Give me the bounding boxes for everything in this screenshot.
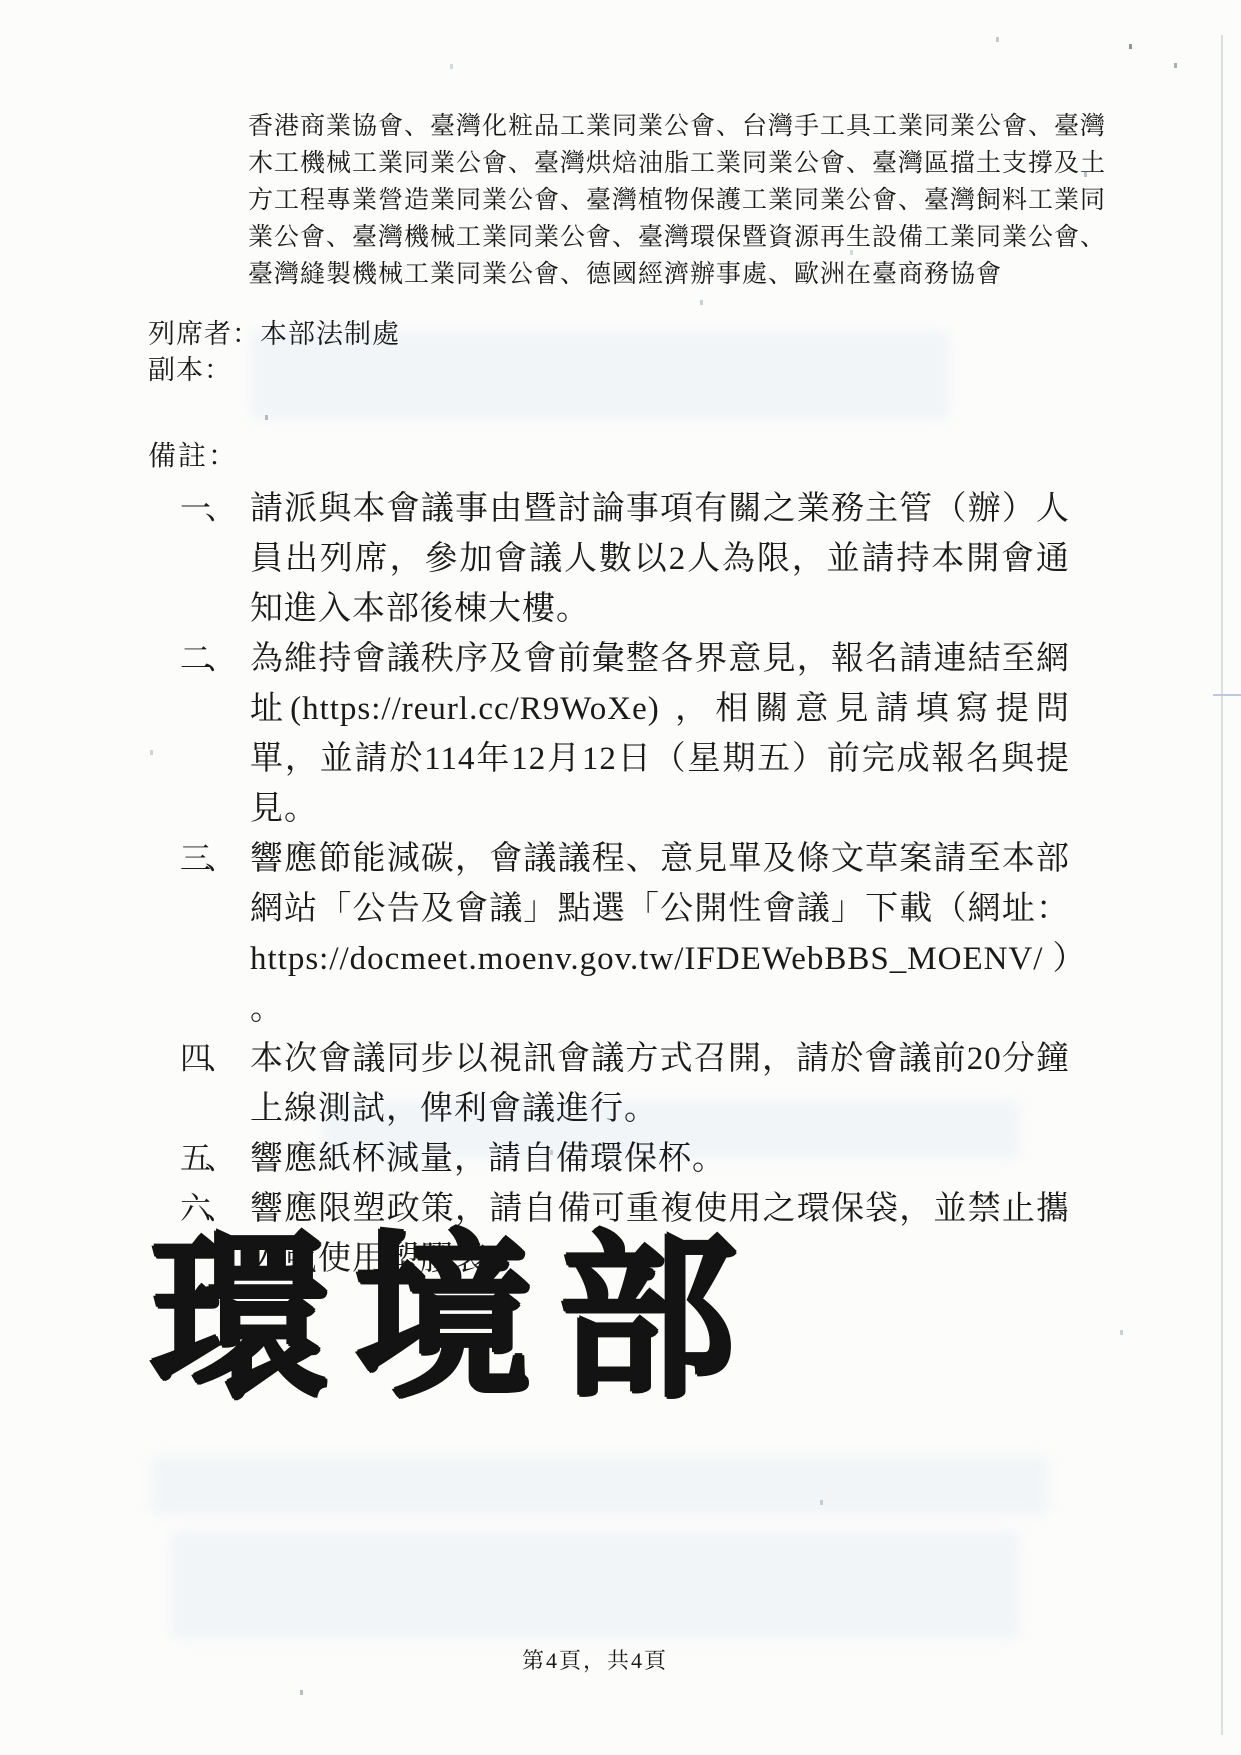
remark-item-1: 一、 請派與本會議事由暨討論事項有關之業務主管（辦）人員出列席，參加會議人數以2… — [180, 484, 1080, 634]
remark-text: 響應節能減碳，會議議程、意見單及條文草案請至本部網站「公告及會議」點選「公開性會… — [250, 834, 1070, 1034]
remark-number: 一、 — [180, 484, 250, 534]
remark-text: 請派與本會議事由暨討論事項有關之業務主管（辦）人員出列席，參加會議人數以2人為限… — [250, 484, 1070, 634]
remark-item-3: 三、 響應節能減碳，會議議程、意見單及條文草案請至本部網站「公告及會議」點選「公… — [180, 834, 1080, 1034]
attendee-line: 木工機械工業同業公會、臺灣烘焙油脂工業同業公會、臺灣區擋土支撐及土 — [248, 145, 1106, 182]
scanned-document-page: 香港商業協會、臺灣化粧品工業同業公會、台灣手工具工業同業公會、臺灣 木工機械工業… — [0, 0, 1241, 1755]
attendee-line: 臺灣縫製機械工業同業公會、德國經濟辦事處、歐洲在臺商務協會 — [248, 256, 1106, 293]
attendee-line: 香港商業協會、臺灣化粧品工業同業公會、台灣手工具工業同業公會、臺灣 — [248, 108, 1106, 145]
copy-to-row: 副本： — [148, 348, 232, 387]
remark-item-5: 五、 響應紙杯減量，請自備環保杯。 — [180, 1134, 1080, 1184]
remark-item-4: 四、 本次會議同步以視訊會議方式召開，請於會議前20分鐘上線測試，俾利會議進行。 — [180, 1034, 1080, 1134]
page-number-footer: 第4頁，共4頁 — [0, 1644, 1190, 1675]
attendee-line: 業公會、臺灣機械工業同業公會、臺灣環保暨資源再生設備工業同業公會、 — [248, 219, 1106, 256]
attendee-organizations-paragraph: 香港商業協會、臺灣化粧品工業同業公會、台灣手工具工業同業公會、臺灣 木工機械工業… — [248, 108, 1106, 293]
bleed-through-ghost — [150, 1455, 1050, 1515]
remark-text: 為維持會議秩序及會前彙整各界意見，報名請連結至網址(https://reurl.… — [250, 634, 1070, 834]
bleed-through-ghost — [170, 1530, 1020, 1640]
scan-speckles — [1129, 44, 1132, 49]
attendee-line: 方工程專業營造業同業公會、臺灣植物保護工業同業公會、臺灣飼料工業同 — [248, 182, 1106, 219]
remarks-list: 一、 請派與本會議事由暨討論事項有關之業務主管（辦）人員出列席，參加會議人數以2… — [180, 484, 1080, 1284]
remarks-heading: 備註： — [148, 434, 238, 474]
observer-row: 列席者：本部法制處 — [148, 312, 400, 351]
scan-artifact-line — [1213, 694, 1241, 696]
remark-text: 響應紙杯減量，請自備環保杯。 — [250, 1134, 1070, 1184]
remark-item-2: 二、 為維持會議秩序及會前彙整各界意見，報名請連結至網址(https://reu… — [180, 634, 1080, 834]
observer-label: 列席者： — [148, 319, 260, 349]
ministry-seal-calligraphy: 環境部 — [150, 1218, 762, 1423]
scan-edge-line — [1221, 35, 1223, 1735]
copy-to-label: 副本： — [148, 355, 232, 385]
remark-number: 五、 — [180, 1134, 250, 1184]
observer-value: 本部法制處 — [260, 319, 400, 349]
remark-number: 二、 — [180, 634, 250, 684]
remark-text: 本次會議同步以視訊會議方式召開，請於會議前20分鐘上線測試，俾利會議進行。 — [250, 1034, 1070, 1134]
remark-number: 四、 — [180, 1034, 250, 1084]
remark-number: 三、 — [180, 834, 250, 884]
